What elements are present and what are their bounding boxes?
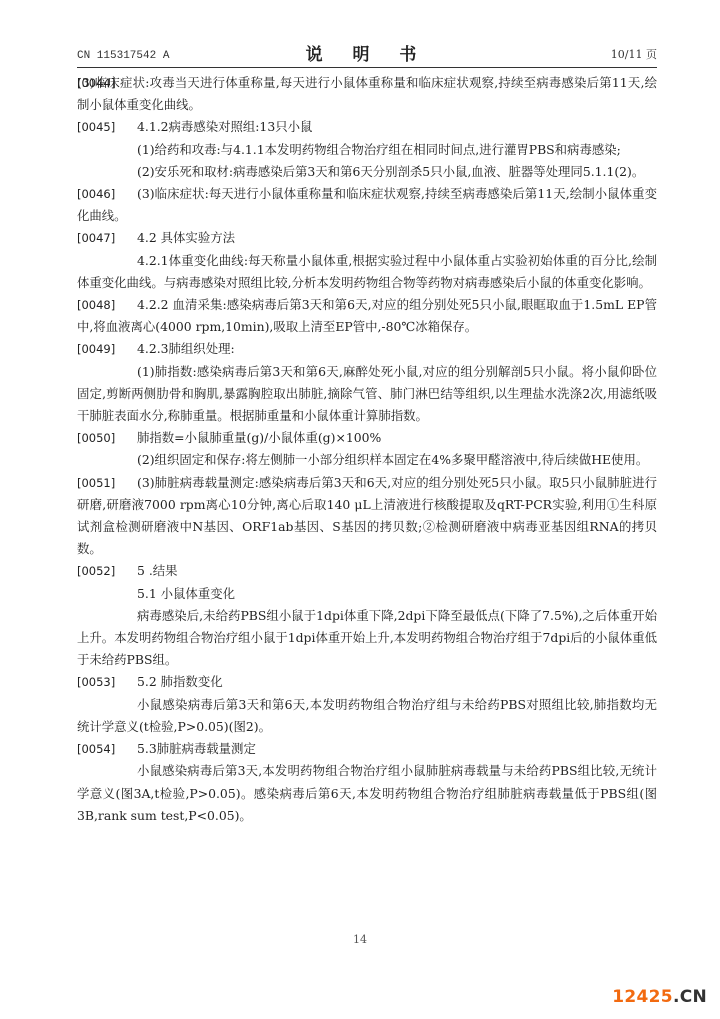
watermark-number: 12425 bbox=[612, 987, 673, 1007]
paragraph-number: [0048] bbox=[77, 294, 115, 316]
paragraph-number: [0044] bbox=[77, 72, 115, 94]
paragraph-text: (1)肺指数:感染病毒后第3天和第6天,麻醉处死小鼠,对应的组分别解剖5只小鼠。… bbox=[77, 361, 657, 428]
paragraph-text: (2)组织固定和保存:将左侧肺一小部分组织样本固定在4%多聚甲醛溶液中,待后续做… bbox=[77, 449, 657, 471]
paragraph-0048: [0048] 4.2.2 血清采集:感染病毒后第3天和第6天,对应的组分别处死5… bbox=[77, 294, 657, 338]
paragraph-text: (3)临床症状:攻毒当天进行体重称量,每天进行小鼠体重称量和临床症状观察,持续至… bbox=[77, 72, 657, 116]
watermark-domain: .CN bbox=[673, 987, 707, 1007]
paragraph-text: 4.2.2 血清采集:感染病毒后第3天和第6天,对应的组分别处死5只小鼠,眼眶取… bbox=[77, 294, 657, 338]
paragraph-text: (3)肺脏病毒载量测定:感染病毒后第3天和6天,对应的组分别处死5只小鼠。取5只… bbox=[77, 472, 657, 561]
paragraph-number: [0050] bbox=[77, 427, 115, 449]
paragraph-number: [0046] bbox=[77, 183, 115, 205]
paragraph-0054: [0054] 5.3肺脏病毒载量测定 小鼠感染病毒后第3天,本发明药物组合物治疗… bbox=[77, 738, 657, 827]
paragraph-text: 小鼠感染病毒后第3天和第6天,本发明药物组合物治疗组与未给药PBS对照组比较,肺… bbox=[77, 694, 657, 738]
paragraph-number: [0045] bbox=[77, 116, 115, 138]
paragraph-0045: [0045] 4.1.2病毒感染对照组:13只小鼠 (1)给药和攻毒:与4.1.… bbox=[77, 116, 657, 183]
paragraph-0049: [0049] 4.2.3肺组织处理: (1)肺指数:感染病毒后第3天和第6天,麻… bbox=[77, 338, 657, 427]
paragraph-0047: [0047] 4.2 具体实验方法 4.2.1体重变化曲线:每天称量小鼠体重,根… bbox=[77, 227, 657, 294]
page-title: 说 明 书 bbox=[77, 40, 657, 65]
paragraph-number: [0051] bbox=[77, 472, 115, 494]
formula-text: 肺指数=小鼠肺重量(g)/小鼠体重(g)×100% bbox=[77, 427, 657, 449]
paragraph-number: [0053] bbox=[77, 671, 115, 693]
paragraph-heading: 4.2 具体实验方法 bbox=[77, 227, 657, 249]
header-divider bbox=[77, 67, 657, 68]
page-number: 14 bbox=[0, 933, 720, 946]
paragraph-number: [0049] bbox=[77, 338, 115, 360]
paragraph-0050: [0050] 肺指数=小鼠肺重量(g)/小鼠体重(g)×100% (2)组织固定… bbox=[77, 427, 657, 471]
subsection-heading: 5.3肺脏病毒载量测定 bbox=[77, 738, 657, 760]
paragraph-0052: [0052] 5 .结果 5.1 小鼠体重变化 病毒感染后,未给药PBS组小鼠于… bbox=[77, 560, 657, 671]
subsection-heading: 5.2 肺指数变化 bbox=[77, 671, 657, 693]
paragraph-text: (2)安乐死和取材:病毒感染后第3天和第6天分别剖杀5只小鼠,血液、脏器等处理同… bbox=[77, 161, 657, 183]
page-of-label: 10/11 页 bbox=[611, 46, 657, 62]
subsection-heading: 5.1 小鼠体重变化 bbox=[77, 583, 657, 605]
watermark-logo: 12425.CN bbox=[612, 987, 707, 1007]
document-body: [0044] (3)临床症状:攻毒当天进行体重称量,每天进行小鼠体重称量和临床症… bbox=[77, 72, 657, 827]
paragraph-number: [0052] bbox=[77, 560, 115, 582]
paragraph-0046: [0046] (3)临床症状:每天进行小鼠体重称量和临床症状观察,持续至病毒感染… bbox=[77, 183, 657, 227]
paragraph-heading: 4.2.3肺组织处理: bbox=[77, 338, 657, 360]
paragraph-0044: [0044] (3)临床症状:攻毒当天进行体重称量,每天进行小鼠体重称量和临床症… bbox=[77, 72, 657, 116]
paragraph-text: (3)临床症状:每天进行小鼠体重称量和临床症状观察,持续至病毒感染后第11天,绘… bbox=[77, 183, 657, 227]
paragraph-text: (1)给药和攻毒:与4.1.1本发明药物组合物治疗组在相同时间点,进行灌胃PBS… bbox=[77, 139, 657, 161]
section-heading: 5 .结果 bbox=[77, 560, 657, 582]
paragraph-number: [0054] bbox=[77, 738, 115, 760]
paragraph-0053: [0053] 5.2 肺指数变化 小鼠感染病毒后第3天和第6天,本发明药物组合物… bbox=[77, 671, 657, 738]
paragraph-number: [0047] bbox=[77, 227, 115, 249]
paragraph-text: 小鼠感染病毒后第3天,本发明药物组合物治疗组小鼠肺脏病毒载量与未给药PBS组比较… bbox=[77, 760, 657, 827]
paragraph-0051: [0051] (3)肺脏病毒载量测定:感染病毒后第3天和6天,对应的组分别处死5… bbox=[77, 472, 657, 561]
paragraph-heading: 4.1.2病毒感染对照组:13只小鼠 bbox=[77, 116, 657, 138]
paragraph-text: 4.2.1体重变化曲线:每天称量小鼠体重,根据实验过程中小鼠体重占实验初始体重的… bbox=[77, 250, 657, 294]
paragraph-text: 病毒感染后,未给药PBS组小鼠于1dpi体重下降,2dpi下降至最低点(下降了7… bbox=[77, 605, 657, 672]
page-header: CN 115317542 A 说 明 书 10/11 页 bbox=[77, 40, 657, 68]
